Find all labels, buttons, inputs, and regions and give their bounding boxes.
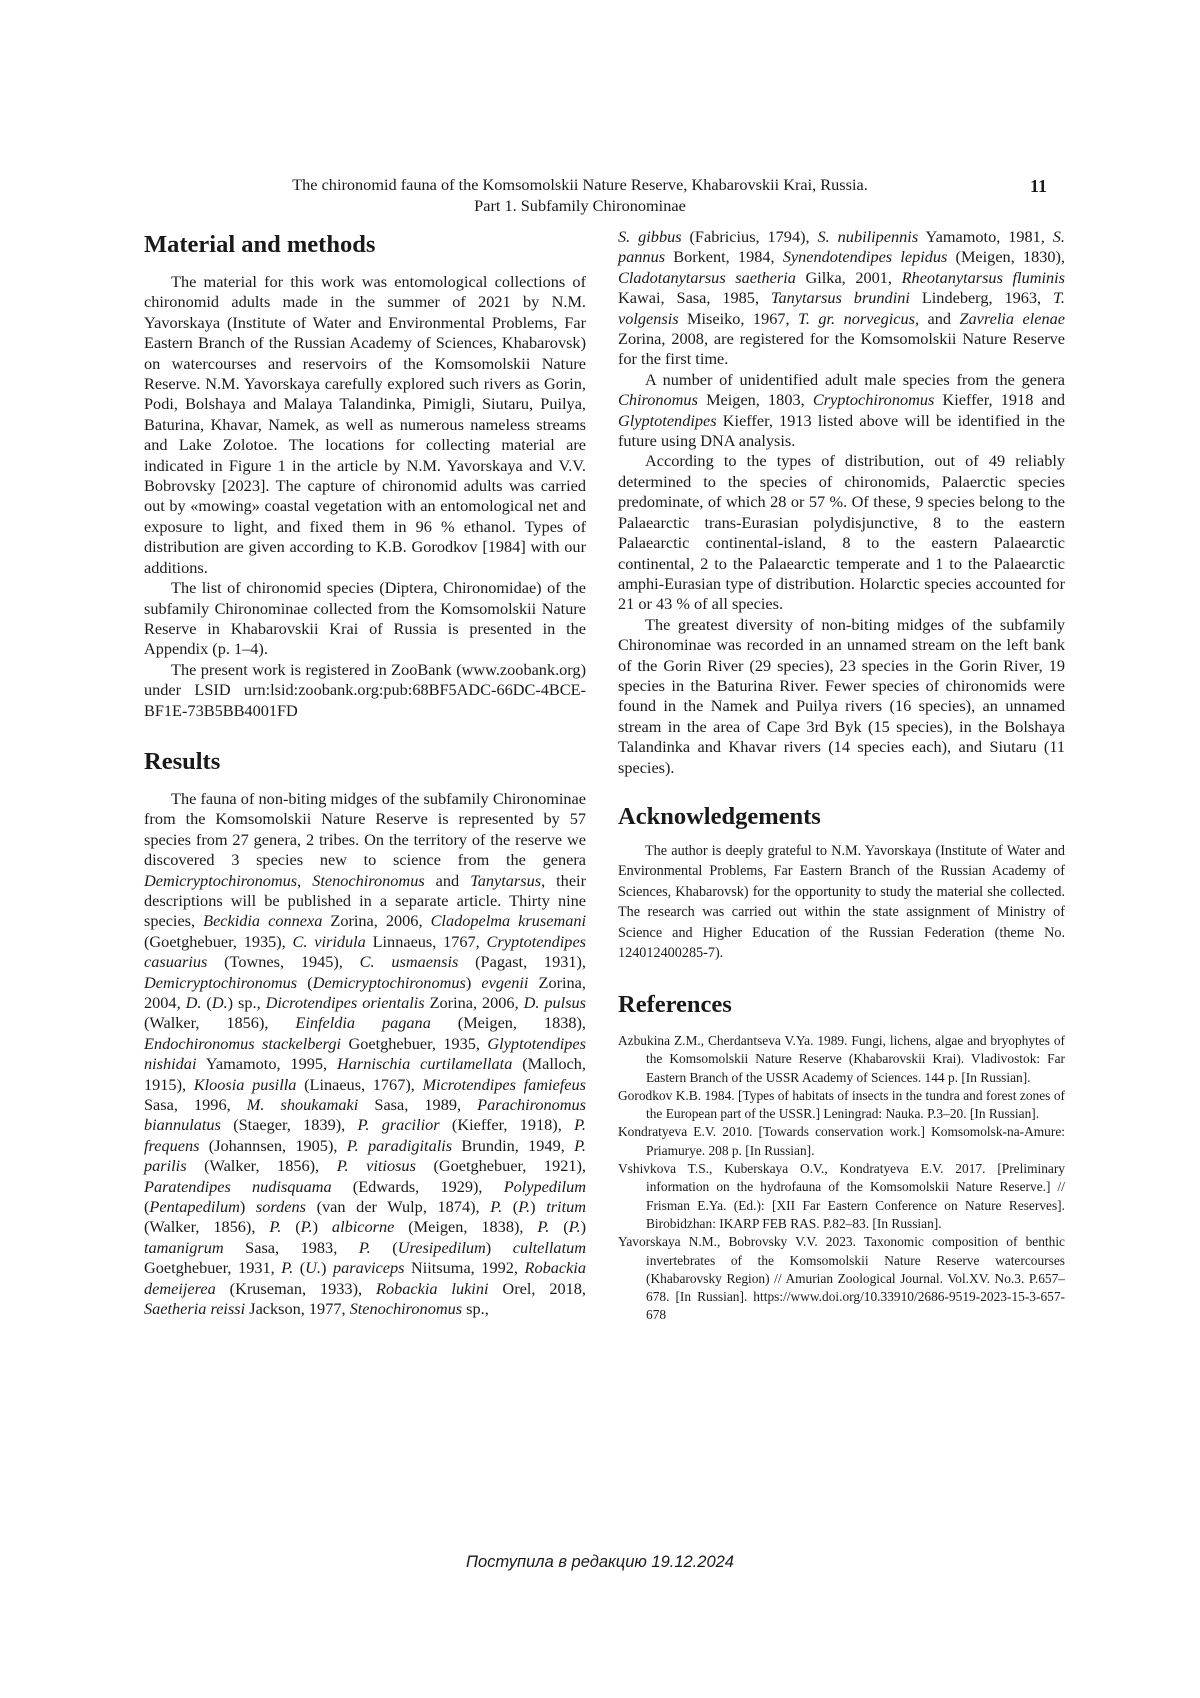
species-authority: (Pagast, 1931), — [458, 952, 586, 971]
species-name: tritum — [546, 1197, 586, 1216]
species-name: M. shoukamaki — [247, 1095, 359, 1114]
species-authority: ( — [201, 993, 211, 1012]
species-authority: (Goetghebuer, 1921), — [416, 1156, 586, 1175]
species-list: Beckidia connexa Zorina, 2006, Cladopelm… — [144, 911, 586, 1318]
species-authority: ( — [293, 1258, 305, 1277]
species-authority: Kawai, Sasa, 1985, — [618, 288, 771, 307]
species-authority: and — [919, 309, 959, 328]
species-name: Cladotanytarsus saetheria — [618, 268, 796, 287]
species-name: C. usmaensis — [360, 952, 459, 971]
species-authority: (Staeger, 1839), — [221, 1115, 358, 1134]
species-authority: (Meigen, 1838), — [394, 1217, 537, 1236]
references-list: Azbukina Z.M., Cherdantseva V.Ya. 1989. … — [618, 1032, 1065, 1325]
species-authority: (Fabricius, 1794), — [682, 227, 818, 246]
species-name: Synendotendipes lepidus — [783, 247, 948, 266]
reference-item: Kondratyeva E.V. 2010. [Towards conserva… — [618, 1123, 1065, 1160]
species-name: Cladopelma krusemani — [431, 911, 586, 930]
results-heading: Results — [144, 747, 586, 777]
species-name: S. nubilipennis — [818, 227, 919, 246]
species-list-continued: S. gibbus (Fabricius, 1794), S. nubilipe… — [618, 227, 1065, 370]
acknowledgements-text: The author is deeply grateful to N.M. Ya… — [618, 841, 1065, 964]
species-list: S. gibbus (Fabricius, 1794), S. nubilipe… — [618, 227, 1065, 368]
species-name: S. gibbus — [618, 227, 682, 246]
species-name: Kloosia pusilla — [194, 1075, 297, 1094]
species-name: P. gracilior — [358, 1115, 440, 1134]
material-methods-heading: Material and methods — [144, 230, 586, 260]
species-name: Zavrelia elenae — [959, 309, 1065, 328]
species-authority: ) — [486, 1238, 513, 1257]
reference-item: Yavorskaya N.M., Bobrovsky V.V. 2023. Ta… — [618, 1233, 1065, 1324]
species-name: Saetheria reissi — [144, 1299, 245, 1318]
species-name: Pentapedilum — [149, 1197, 239, 1216]
genus-name: Demicryptochironomus — [144, 871, 297, 890]
species-name: P. — [281, 1258, 293, 1277]
species-authority: ( — [297, 973, 313, 992]
reference-item: Azbukina Z.M., Cherdantseva V.Ya. 1989. … — [618, 1032, 1065, 1087]
species-authority: (van der Wulp, 1874), — [306, 1197, 490, 1216]
species-authority: Gilka, 2001, — [796, 268, 902, 287]
genus-name: Stenochironomus — [312, 871, 424, 890]
species-name: Einfeldia pagana — [295, 1013, 430, 1032]
species-name: P. — [359, 1238, 371, 1257]
species-authority: ) — [321, 1258, 333, 1277]
species-authority: Sasa, 1989, — [358, 1095, 477, 1114]
species-name: Microtendipes famiefeus — [423, 1075, 587, 1094]
species-name: U. — [305, 1258, 321, 1277]
results-text: and — [425, 871, 471, 890]
zoobank-registration: The present work is registered in ZooBan… — [144, 660, 586, 721]
species-authority: (Kruseman, 1933), — [216, 1279, 376, 1298]
species-name: T. gr. norvegicus, — [798, 309, 919, 328]
species-authority: (Johannsen, 1905), — [199, 1136, 346, 1155]
species-name: Demicryptochironomus — [313, 973, 466, 992]
species-authority: (Walker, 1856), — [144, 1013, 295, 1032]
species-name: D. — [212, 993, 228, 1012]
results-text: Kieffer, 1918 and — [934, 390, 1065, 409]
species-name: sordens — [256, 1197, 306, 1216]
results-paragraph-3: According to the types of distribution, … — [618, 451, 1065, 614]
species-authority: Zorina, 2006, — [322, 911, 430, 930]
species-name: D. — [186, 993, 202, 1012]
species-authority: ) sp., — [228, 993, 266, 1012]
methods-paragraph-2: The list of chironomid species (Diptera,… — [144, 578, 586, 660]
species-name: P. — [518, 1197, 530, 1216]
species-authority: Brundin, 1949, — [452, 1136, 574, 1155]
running-title-line1: The chironomid fauna of the Komsomolskii… — [200, 174, 960, 195]
species-name: Stenochironomus — [350, 1299, 462, 1318]
species-authority: (Walker, 1856), — [144, 1217, 269, 1236]
species-name: cultellatum — [513, 1238, 586, 1257]
species-name: P. paradigitalis — [347, 1136, 452, 1155]
species-authority: Niitsuma, 1992, — [404, 1258, 524, 1277]
species-name: Rheotanytarsus fluminis — [902, 268, 1065, 287]
species-authority: Borkent, 1984, — [665, 247, 783, 266]
species-authority: sp., — [462, 1299, 489, 1318]
species-authority: (Kieffer, 1918), — [440, 1115, 574, 1134]
species-authority: (Goetghebuer, 1935), — [144, 932, 293, 951]
genus-name: Chironomus — [618, 390, 698, 409]
species-name: P. vitiosus — [337, 1156, 416, 1175]
species-authority: ( — [549, 1217, 568, 1236]
species-name: C. viridula — [293, 932, 366, 951]
species-authority: (Meigen, 1830), — [947, 247, 1065, 266]
species-authority: Orel, 2018, — [489, 1279, 587, 1298]
methods-paragraph-1: The material for this work was entomolog… — [144, 272, 586, 578]
species-authority: (Meigen, 1838), — [431, 1013, 586, 1032]
species-name: albicorne — [332, 1217, 394, 1236]
species-authority: Lindeberg, 1963, — [910, 288, 1053, 307]
species-name: P. — [490, 1197, 502, 1216]
results-paragraph-2: A number of unidentified adult male spec… — [618, 370, 1065, 452]
species-name: Robackia lukini — [376, 1279, 489, 1298]
species-name: Tanytarsus brundini — [771, 288, 910, 307]
received-date: Поступила в редакцию 19.12.2024 — [0, 1553, 1200, 1572]
acknowledgements-heading: Acknowledgements — [618, 802, 1065, 832]
results-text: A number of unidentified adult male spec… — [645, 370, 1065, 389]
species-name: Beckidia connexa — [203, 911, 322, 930]
species-authority: (Edwards, 1929), — [332, 1177, 504, 1196]
species-name: tamanigrum — [144, 1238, 224, 1257]
species-authority: Zorina, 2008, are registered for the Kom… — [618, 329, 1065, 368]
results-text: , — [297, 871, 312, 890]
results-paragraph-1: The fauna of non-biting midges of the su… — [144, 789, 586, 1320]
genus-name: Glyptotendipes — [618, 411, 717, 430]
species-authority: Goetghebuer, 1931, — [144, 1258, 281, 1277]
species-authority: Zorina, 2006, — [425, 993, 524, 1012]
references-heading: References — [618, 990, 1065, 1020]
species-authority: ) — [530, 1197, 546, 1216]
species-name: Polypedilum — [504, 1177, 586, 1196]
right-column: S. gibbus (Fabricius, 1794), S. nubilipe… — [618, 227, 1065, 1325]
genus-name: Tanytarsus — [470, 871, 541, 890]
species-authority: Miseiko, 1967, — [679, 309, 798, 328]
results-text: The fauna of non-biting midges of the su… — [144, 789, 586, 869]
species-authority: ) — [313, 1217, 332, 1236]
species-name: Endochironomus stackelbergi — [144, 1034, 341, 1053]
genus-name: Cryptochironomus — [813, 390, 935, 409]
results-paragraph-4: The greatest diversity of non-biting mid… — [618, 615, 1065, 778]
species-name: P. — [301, 1217, 313, 1236]
reference-item: Gorodkov K.B. 1984. [Types of habitats o… — [618, 1087, 1065, 1124]
left-column: Material and methods The material for th… — [144, 226, 586, 1320]
species-authority: Sasa, 1983, — [224, 1238, 359, 1257]
species-name: P. — [569, 1217, 581, 1236]
reference-item: Vshivkova T.S., Kuberskaya O.V., Kondrat… — [618, 1160, 1065, 1233]
species-name: D. pulsus — [524, 993, 586, 1012]
results-text: Meigen, 1803, — [698, 390, 813, 409]
species-authority: (Linaeus, 1767), — [296, 1075, 422, 1094]
species-authority: (Walker, 1856), — [187, 1156, 337, 1175]
species-authority: (Townes, 1945), — [207, 952, 359, 971]
species-authority: ) — [581, 1217, 586, 1236]
page-number: 11 — [1030, 176, 1047, 197]
species-authority: Yamamoto, 1995, — [196, 1054, 336, 1073]
species-authority: ) — [466, 973, 482, 992]
species-name: P. — [269, 1217, 281, 1236]
species-authority: ( — [281, 1217, 300, 1236]
species-authority: ( — [371, 1238, 398, 1257]
species-name: Demicryptochironomus — [144, 973, 297, 992]
species-authority: Goetghebuer, 1935, — [341, 1034, 487, 1053]
species-authority: ) — [240, 1197, 256, 1216]
species-authority: Sasa, 1996, — [144, 1095, 247, 1114]
running-title-line2: Part 1. Subfamily Chironominae — [200, 195, 960, 216]
species-name: Harnischia curtilamellata — [337, 1054, 512, 1073]
species-name: Paratendipes nudisquama — [144, 1177, 332, 1196]
species-name: P. — [537, 1217, 549, 1236]
species-name: evgenii — [481, 973, 528, 992]
species-authority: Yamamoto, 1981, — [918, 227, 1053, 246]
species-name: Dicrotendipes orientalis — [266, 993, 425, 1012]
species-authority: ( — [502, 1197, 518, 1216]
species-name: Uresipedilum — [398, 1238, 486, 1257]
species-authority: Linnaeus, 1767, — [366, 932, 487, 951]
species-name: paraviceps — [333, 1258, 404, 1277]
species-authority: Jackson, 1977, — [245, 1299, 349, 1318]
running-head: The chironomid fauna of the Komsomolskii… — [200, 174, 960, 216]
